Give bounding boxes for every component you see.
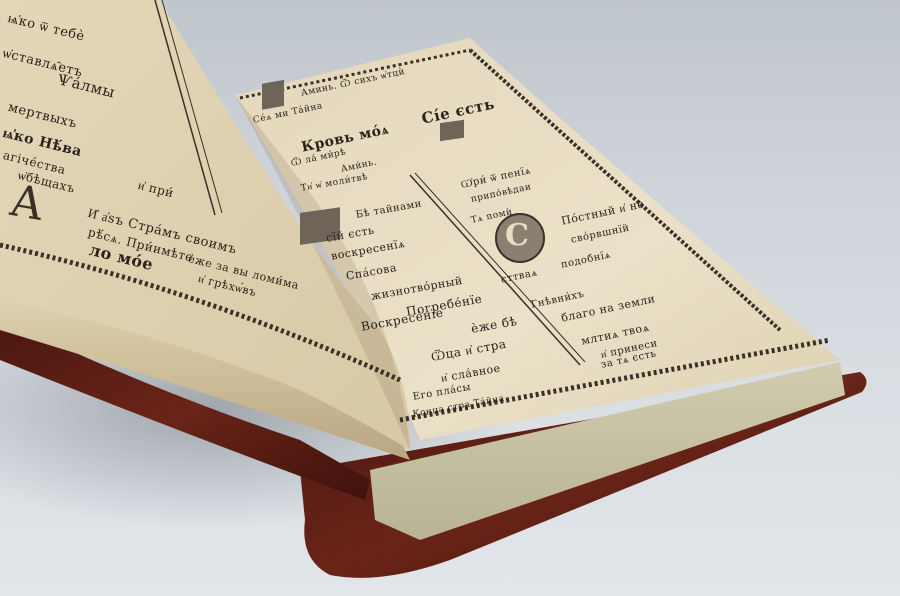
right-page-initial: С: [505, 218, 529, 253]
photo-scene: ѩ҆ко ѿ тебѐ ѡ҆ставлѧ̑етъ Ѱа́лмы мертвыхъ…: [0, 0, 900, 596]
